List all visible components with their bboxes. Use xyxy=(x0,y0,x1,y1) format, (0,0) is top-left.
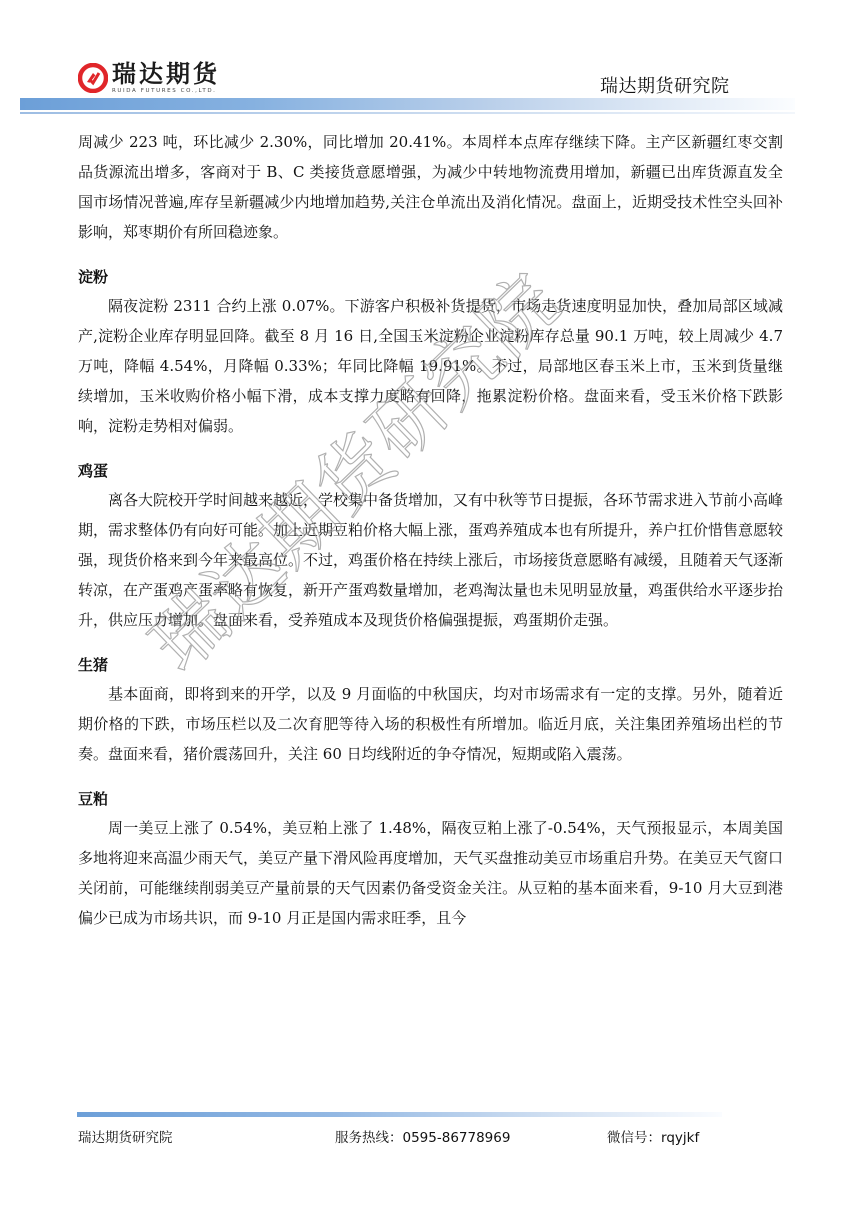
section-heading-soymeal: 豆粕 xyxy=(78,789,783,809)
section-heading-hog: 生猪 xyxy=(78,655,783,675)
footer-org: 瑞达期货研究院 xyxy=(78,1126,173,1146)
header-rule xyxy=(20,98,795,110)
paragraph-hog: 基本面商，即将到来的开学，以及 9 月面临的中秋国庆，均对市场需求有一定的支撑。… xyxy=(78,679,783,769)
header-title: 瑞达期货研究院 xyxy=(600,76,730,98)
header-rule-underline xyxy=(20,112,795,114)
paragraph-starch: 隔夜淀粉 2311 合约上涨 0.07%。下游客户积极补货提货，市场走货速度明显… xyxy=(78,291,783,441)
page-footer: 瑞达期货研究院 服务热线：0595-86778969 微信号：rqyjkf xyxy=(0,1126,860,1146)
logo-name-en: RUIDA FUTURES CO.,LTD. xyxy=(112,88,220,94)
footer-rule xyxy=(77,1112,722,1117)
section-heading-egg: 鸡蛋 xyxy=(78,461,783,481)
paragraph-continued: 周减少 223 吨，环比减少 2.30%，同比增加 20.41%。本周样本点库存… xyxy=(78,127,783,247)
footer-wechat: 微信号：rqyjkf xyxy=(607,1126,699,1146)
report-body: 周减少 223 吨，环比减少 2.30%，同比增加 20.41%。本周样本点库存… xyxy=(78,127,783,933)
logo-name-cn: 瑞达期货 xyxy=(112,62,220,86)
paragraph-egg: 离各大院校开学时间越来越近，学校集中备货增加，又有中秋等节日提振，各环节需求进入… xyxy=(78,485,783,635)
document-page: 瑞达期货 RUIDA FUTURES CO.,LTD. 瑞达期货研究院 周减少 … xyxy=(0,0,860,1217)
paragraph-soymeal: 周一美豆上涨了 0.54%，美豆粕上涨了 1.48%，隔夜豆粕上涨了-0.54%… xyxy=(78,813,783,933)
ruida-logo-icon xyxy=(78,63,108,93)
section-heading-starch: 淀粉 xyxy=(78,267,783,287)
company-logo: 瑞达期货 RUIDA FUTURES CO.,LTD. xyxy=(78,62,220,96)
footer-hotline: 服务热线：0595-86778969 xyxy=(335,1126,510,1146)
